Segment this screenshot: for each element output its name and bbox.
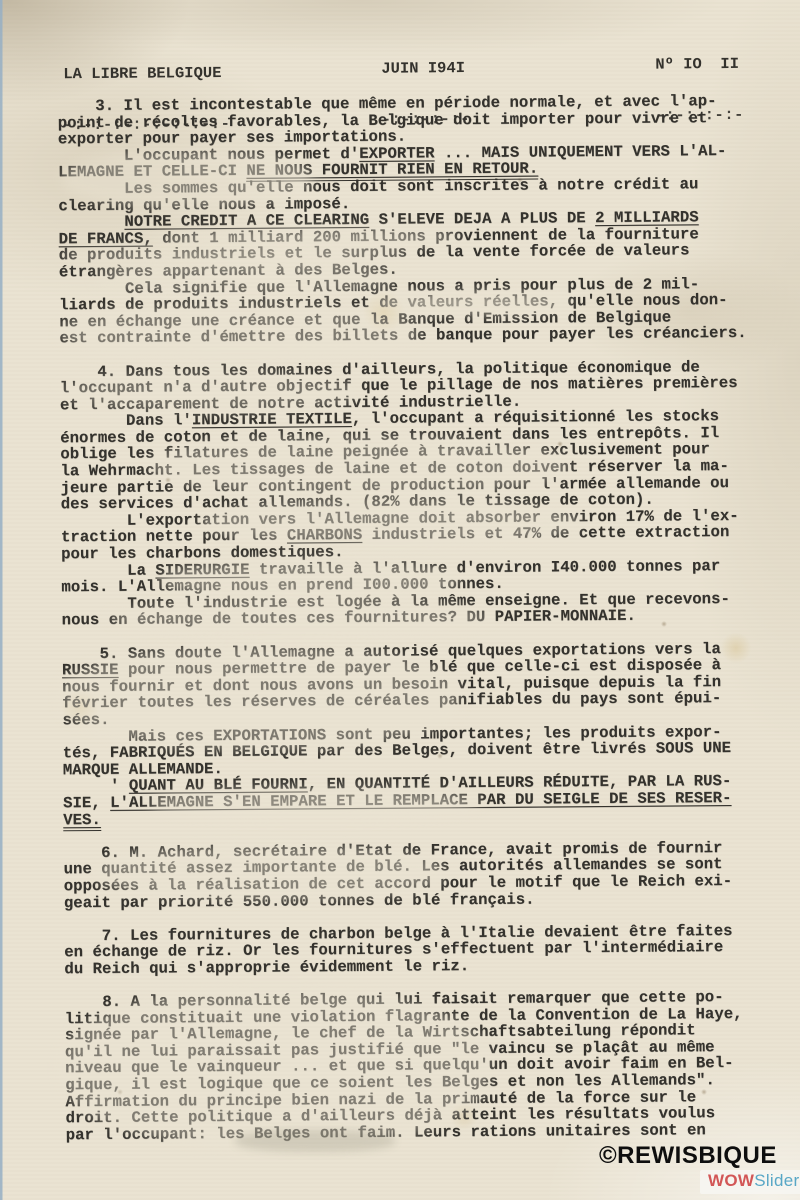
wowslider-watermark: WOWSlider (700, 1170, 800, 1194)
text-line: est contrainte d'émettre des billets de … (59, 325, 788, 347)
text-line: par l'occupant: les Belges ont faim. Leu… (66, 1121, 795, 1143)
issue-number: Nº IO II (655, 56, 743, 74)
header-title-block: LA LIBRE BELGIQUE -:-:-:-:-:-:-:-:- (63, 31, 231, 168)
header-issue-block: Nº IO II -:-:-:-:- (655, 22, 744, 159)
issue-date: JUIN I94I (381, 60, 469, 78)
issue-rule: -:-:-:-:- (656, 107, 744, 125)
title-rule: -:-:-:-:-:-:-:-:- (64, 116, 231, 134)
date-rule: -:-:-:-:- (382, 111, 470, 129)
text-section: 7. Les fournitures de charbon belge à l'… (64, 922, 793, 978)
text-section: 8. A la personnalité belge qui lui faisa… (65, 989, 795, 1144)
text-line: du Reich qui s'approprie évidemment le r… (64, 955, 793, 977)
newspaper-title: LA LIBRE BELGIQUE (63, 65, 230, 83)
document-content: LA LIBRE BELGIQUE -:-:-:-:-:-:-:-:- JUIN… (57, 27, 795, 1161)
copyright-watermark: ©REWISBIQUE (599, 1142, 777, 1170)
wowslider-slider-text: Slider (754, 1171, 799, 1190)
text-section: 4. Dans tous les domaines d'ailleurs, la… (60, 358, 791, 629)
text-section: 5. Sans doute l'Allemagne a autorisé que… (62, 640, 792, 828)
wowslider-wow-text: WOW (708, 1171, 754, 1190)
document-header: LA LIBRE BELGIQUE -:-:-:-:-:-:-:-:- JUIN… (57, 27, 786, 99)
text-line: nous en échange de toutes ces fourniture… (62, 607, 791, 629)
text-section: 6. M. Achard, secrétaire d'Etat de Franc… (63, 839, 792, 911)
body-text: 3. Il est incontestable que même en péri… (58, 93, 795, 1144)
header-date-block: JUIN I94I -:-:-:-:- (381, 26, 470, 163)
